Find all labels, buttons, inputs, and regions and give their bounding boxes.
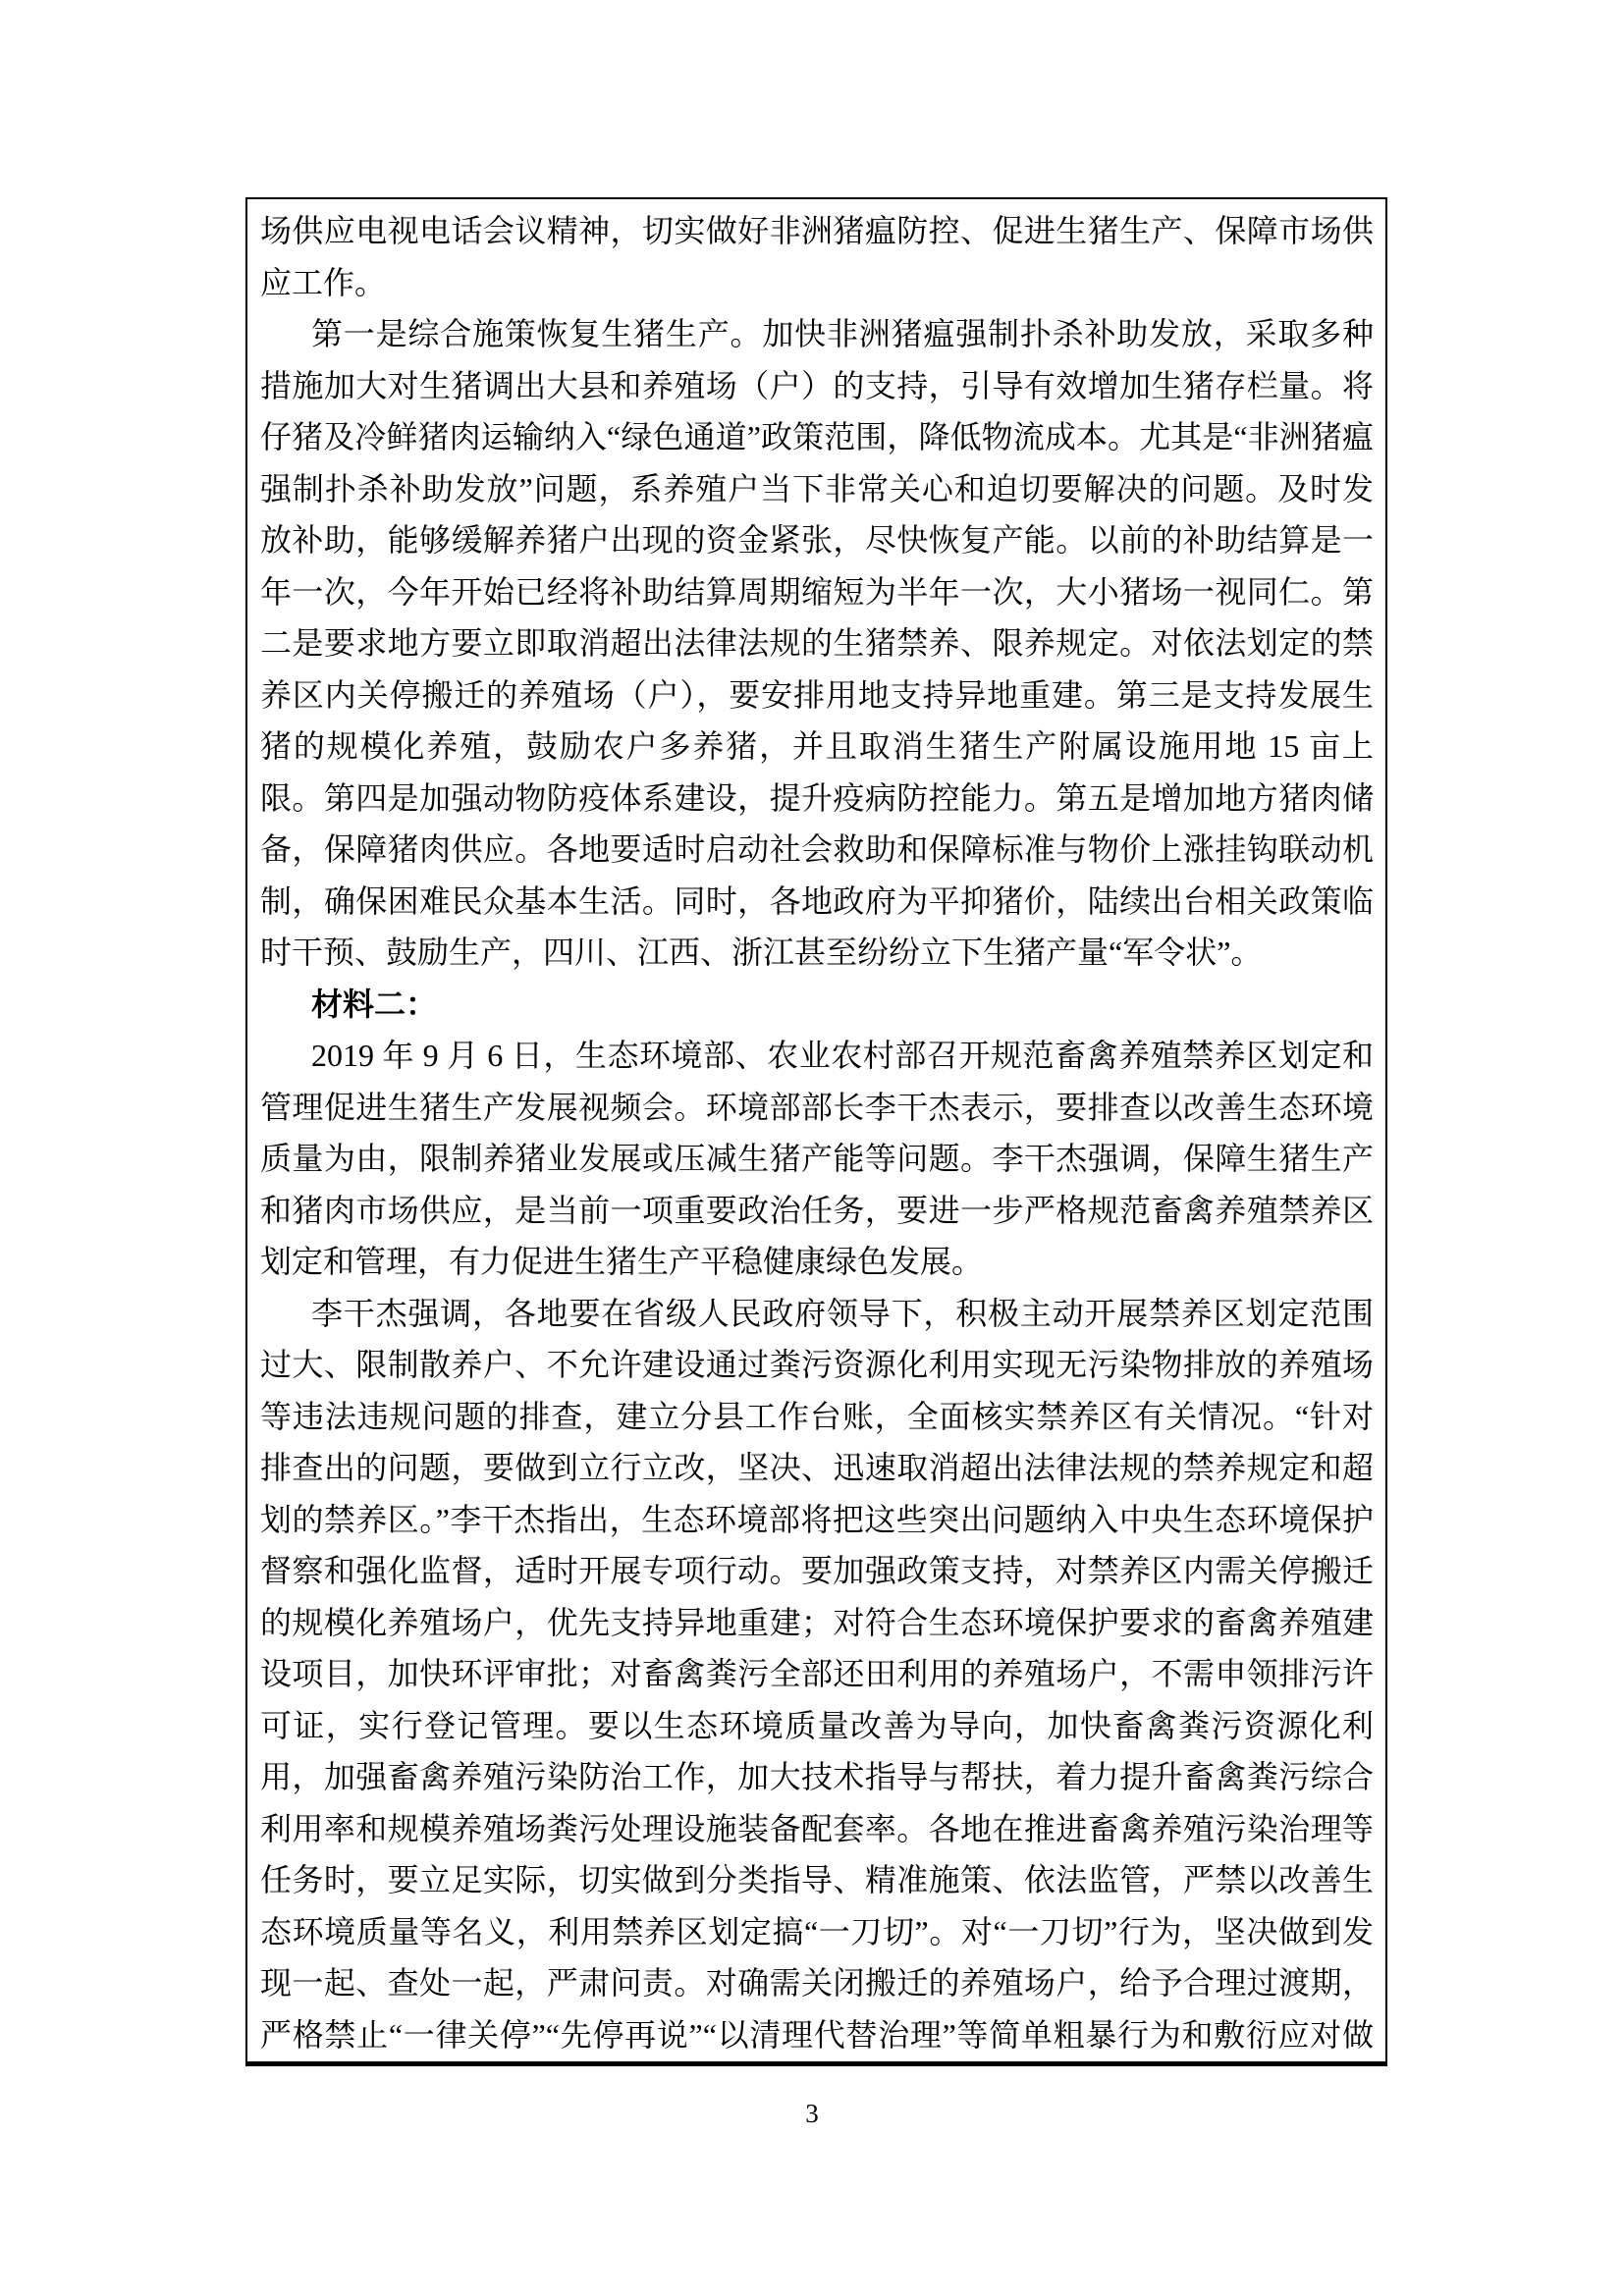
- material-two-heading: 材料二：: [260, 979, 1374, 1031]
- material-text-cell: 场供应电视电话会议精神，切实做好非洲猪瘟防控、促进生猪生产、保障市场供应工作。 …: [245, 197, 1387, 2066]
- paragraph-measures: 第一是综合施策恢复生猪生产。加快非洲猪瘟强制扑杀补助发放，采取多种措施加大对生猪…: [260, 308, 1374, 979]
- document-page: 场供应电视电话会议精神，切实做好非洲猪瘟防控、促进生猪生产、保障市场供应工作。 …: [0, 0, 1624, 2296]
- paragraph-video-conference: 2019 年 9 月 6 日，生态环境部、农业农村部召开规范畜禽养殖禁养区划定和…: [260, 1030, 1374, 1288]
- page-number: 3: [0, 2097, 1624, 2130]
- paragraph-li-ganjie-emphasis: 李干杰强调，各地要在省级人民政府领导下，积极主动开展禁养区划定范围过大、限制散养…: [260, 1288, 1374, 2067]
- paragraph-continuation: 场供应电视电话会议精神，切实做好非洲猪瘟防控、促进生猪生产、保障市场供应工作。: [260, 205, 1374, 308]
